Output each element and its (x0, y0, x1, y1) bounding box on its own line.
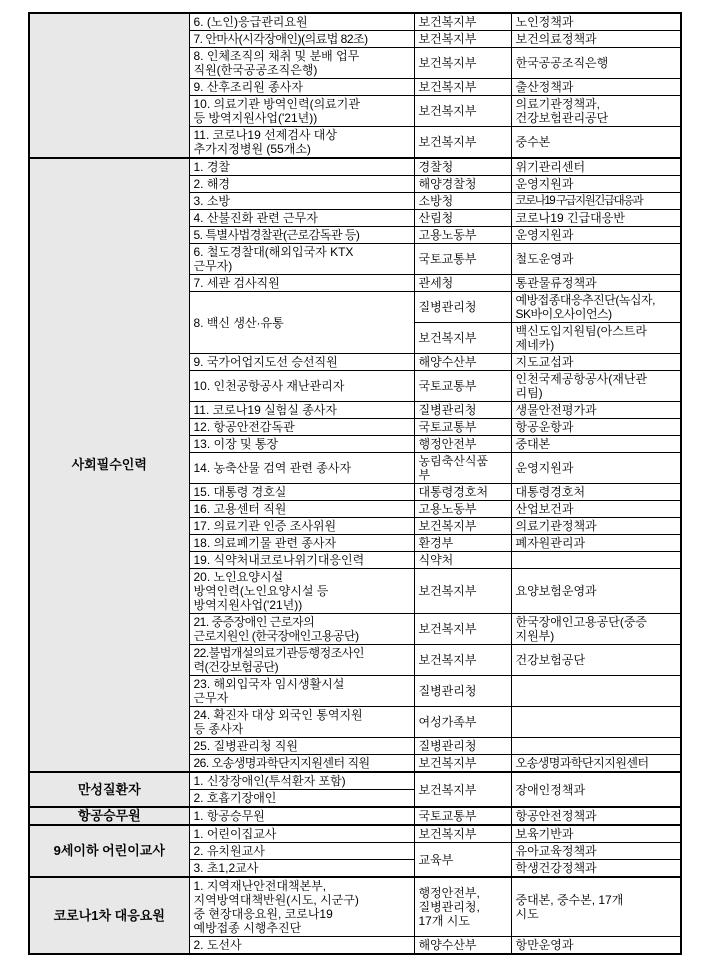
item-cell: 16. 고용센터 직원 (189, 501, 414, 518)
table-row: 만성질환자1. 신장장애인(투석환자 포함)보건복지부장애인정책과 (29, 772, 681, 790)
department-cell: 위기관리센터 (511, 158, 681, 176)
item-cell: 24. 확진자 대상 외국인 통역지원 등 종사자 (189, 707, 414, 738)
ministry-cell: 보건복지부 (414, 569, 511, 614)
department-cell: 한국장애인고용공단(중증 지원부) (511, 614, 681, 645)
department-cell: 요양보험운영과 (511, 569, 681, 614)
ministry-cell: 대통령경호처 (414, 484, 511, 501)
department-cell: 의료기관정책과, 건강보험관리공단 (511, 96, 681, 127)
department-cell (511, 707, 681, 738)
ministry-cell: 고용노동부 (414, 227, 511, 244)
department-cell: 운영지원과 (511, 176, 681, 193)
department-cell: 인천국제공항공사(재난관 리팀) (511, 371, 681, 402)
department-cell: 항공안전정책과 (511, 807, 681, 825)
item-cell: 8. 인체조직의 채취 및 분배 업무 직원(한국공공조직은행) (189, 48, 414, 79)
ministry-cell: 보건복지부 (414, 645, 511, 676)
ministry-cell: 여성가족부 (414, 707, 511, 738)
ministry-cell: 국토교통부 (414, 419, 511, 436)
ministry-cell: 경찰청 (414, 158, 511, 176)
department-cell: 장애인정책과 (511, 772, 681, 807)
ministry-cell: 질병관리청 (414, 738, 511, 755)
ministry-cell: 보건복지부 (414, 772, 511, 807)
category-cell: 항공승무원 (29, 807, 189, 825)
ministry-cell: 국토교통부 (414, 371, 511, 402)
ministry-cell: 질병관리청 (414, 402, 511, 419)
ministry-cell: 보건복지부 (414, 31, 511, 48)
department-cell: 건강보험공단 (511, 645, 681, 676)
ministry-cell: 해양수산부 (414, 354, 511, 371)
item-cell: 15. 대통령 경호실 (189, 484, 414, 501)
table-row: 코로나1차 대응요원1. 지역재난안전대책본부, 지역방역대책반원(시도, 시군… (29, 877, 681, 937)
department-cell: 철도운영과 (511, 244, 681, 275)
department-cell: 의료기관정책과 (511, 518, 681, 535)
ministry-cell: 보건복지부 (414, 48, 511, 79)
department-cell (511, 552, 681, 569)
item-cell: 21. 중증장애인 근로자의 근로지원인 (한국장애인고용공단) (189, 614, 414, 645)
ministry-cell: 보건복지부 (414, 79, 511, 96)
item-cell: 20. 노인요양시설 방역인력(노인요양시설 등 방역지원사업('21년)) (189, 569, 414, 614)
item-cell: 13. 이장 및 통장 (189, 436, 414, 453)
ministry-cell: 교육부 (414, 843, 511, 878)
ministry-cell: 행정안전부, 질병관리청, 17개 시도 (414, 877, 511, 937)
department-cell: 지도교섭과 (511, 354, 681, 371)
category-cell: 만성질환자 (29, 772, 189, 807)
ministry-cell: 해양경찰청 (414, 176, 511, 193)
ministry-cell: 행정안전부 (414, 436, 511, 453)
department-cell: 유아교육정책과 (511, 843, 681, 860)
category-cell: 코로나1차 대응요원 (29, 877, 189, 954)
department-cell: 한국공공조직은행 (511, 48, 681, 79)
item-cell: 7. 안마사(시각장애인)(의료법 82조) (189, 31, 414, 48)
ministry-cell: 해양수산부 (414, 937, 511, 955)
item-cell: 18. 의료폐기물 관련 종사자 (189, 535, 414, 552)
department-cell: 중대본, 중수본, 17개 시도 (511, 877, 681, 937)
item-cell: 23. 해외입국자 임시생활시설 근무자 (189, 676, 414, 707)
item-cell: 11. 코로나19 선제검사 대상 추가지정병원 (55개소) (189, 127, 414, 159)
category-cell: 사회필수인력 (29, 158, 189, 772)
item-cell: 22.불법개설의료기관등행정조사인 력(건강보험공단) (189, 645, 414, 676)
ministry-cell: 고용노동부 (414, 501, 511, 518)
department-cell: 항공운항과 (511, 419, 681, 436)
ministry-cell: 질병관리청 (414, 676, 511, 707)
item-cell: 14. 농축산물 검역 관련 종사자 (189, 453, 414, 484)
ministry-cell: 보건복지부 (414, 755, 511, 773)
ministry-cell: 산림청 (414, 210, 511, 227)
item-cell: 1. 신장장애인(투석환자 포함) (189, 772, 414, 790)
item-cell: 2. 해경 (189, 176, 414, 193)
item-cell: 5. 특별사법경찰관(근로감독관 등) (189, 227, 414, 244)
item-cell: 8. 백신 생산·유통 (189, 292, 414, 354)
ministry-cell: 보건복지부 (414, 518, 511, 535)
item-cell: 6. (노인)응급관리요원 (189, 13, 414, 31)
item-cell: 19. 식약처내코로나위기대응인력 (189, 552, 414, 569)
item-cell: 3. 소방 (189, 193, 414, 210)
department-cell: 코로나19 구급지원긴급대응과 (511, 193, 681, 210)
department-cell: 오송생명과학단지지원센터 (511, 755, 681, 773)
item-cell: 2. 유치원교사 (189, 843, 414, 860)
item-cell: 12. 항공안전감독관 (189, 419, 414, 436)
department-cell: 노인정책과 (511, 13, 681, 31)
department-cell: 중수본 (511, 127, 681, 159)
table-row: 6. (노인)응급관리요원보건복지부노인정책과 (29, 13, 681, 31)
document-page: 6. (노인)응급관리요원보건복지부노인정책과7. 안마사(시각장애인)(의료법… (0, 12, 720, 955)
department-cell: 운영지원과 (511, 227, 681, 244)
item-cell: 10. 인천공항공사 재난관리자 (189, 371, 414, 402)
department-cell: 백신도입지원팀(아스트라 제네카) (511, 323, 681, 354)
item-cell: 2. 호흡기장애인 (189, 790, 414, 808)
item-cell: 9. 산후조리원 종사자 (189, 79, 414, 96)
category-cell: 9세이하 어린이교사 (29, 825, 189, 877)
table-row: 사회필수인력1. 경찰경찰청위기관리센터 (29, 158, 681, 176)
item-cell: 1. 경찰 (189, 158, 414, 176)
ministry-cell: 환경부 (414, 535, 511, 552)
item-cell: 10. 의료기관 방역인력(의료기관 등 방역지원사업('21년)) (189, 96, 414, 127)
ministry-cell: 보건복지부 (414, 825, 511, 843)
item-cell: 26. 오송생명과학단지지원센터 직원 (189, 755, 414, 773)
table-row: 9세이하 어린이교사1. 어린이집교사보건복지부보육기반과 (29, 825, 681, 843)
department-cell: 보육기반과 (511, 825, 681, 843)
ministry-cell: 질병관리청 (414, 292, 511, 323)
ministry-cell: 보건복지부 (414, 614, 511, 645)
department-cell: 운영지원과 (511, 453, 681, 484)
item-cell: 1. 어린이집교사 (189, 825, 414, 843)
department-cell: 폐자원관리과 (511, 535, 681, 552)
ministry-cell: 국토교통부 (414, 807, 511, 825)
department-cell: 중대본 (511, 436, 681, 453)
ministry-cell: 보건복지부 (414, 127, 511, 159)
item-cell: 1. 지역재난안전대책본부, 지역방역대책반원(시도, 시군구) 중 현장대응요… (189, 877, 414, 937)
ministry-cell: 관세청 (414, 275, 511, 292)
department-cell: 보건의료정책과 (511, 31, 681, 48)
item-cell: 6. 철도경찰대(해외입국자 KTX 근무자) (189, 244, 414, 275)
table-body: 6. (노인)응급관리요원보건복지부노인정책과7. 안마사(시각장애인)(의료법… (29, 13, 681, 954)
ministry-cell: 보건복지부 (414, 96, 511, 127)
item-cell: 2. 도선사 (189, 937, 414, 955)
item-cell: 9. 국가어업지도선 승선직원 (189, 354, 414, 371)
item-cell: 11. 코로나19 실험실 종사자 (189, 402, 414, 419)
item-cell: 1. 항공승무원 (189, 807, 414, 825)
item-cell: 25. 질병관리청 직원 (189, 738, 414, 755)
department-cell: 항만운영과 (511, 937, 681, 955)
ministry-cell: 소방청 (414, 193, 511, 210)
table-row: 항공승무원1. 항공승무원국토교통부항공안전정책과 (29, 807, 681, 825)
ministry-cell: 보건복지부 (414, 13, 511, 31)
department-cell: 생물안전평가과 (511, 402, 681, 419)
ministry-cell: 보건복지부 (414, 323, 511, 354)
department-cell: 대통령경호처 (511, 484, 681, 501)
department-cell (511, 738, 681, 755)
item-cell: 17. 의료기관 인증 조사위원 (189, 518, 414, 535)
vaccination-priority-table: 6. (노인)응급관리요원보건복지부노인정책과7. 안마사(시각장애인)(의료법… (28, 12, 682, 955)
department-cell: 코로나19 긴급대응반 (511, 210, 681, 227)
department-cell: 예방접종대응추진단(녹십자, SK바이오사이언스) (511, 292, 681, 323)
item-cell: 7. 세관 검사직원 (189, 275, 414, 292)
item-cell: 3. 초1,2교사 (189, 860, 414, 878)
department-cell (511, 676, 681, 707)
item-cell: 4. 산불진화 관련 근무자 (189, 210, 414, 227)
department-cell: 학생건강정책과 (511, 860, 681, 878)
ministry-cell: 농림축산식품 부 (414, 453, 511, 484)
ministry-cell: 식약처 (414, 552, 511, 569)
category-cell (29, 13, 189, 158)
ministry-cell: 국토교통부 (414, 244, 511, 275)
department-cell: 통관물류정책과 (511, 275, 681, 292)
department-cell: 출산정책과 (511, 79, 681, 96)
department-cell: 산업보건과 (511, 501, 681, 518)
